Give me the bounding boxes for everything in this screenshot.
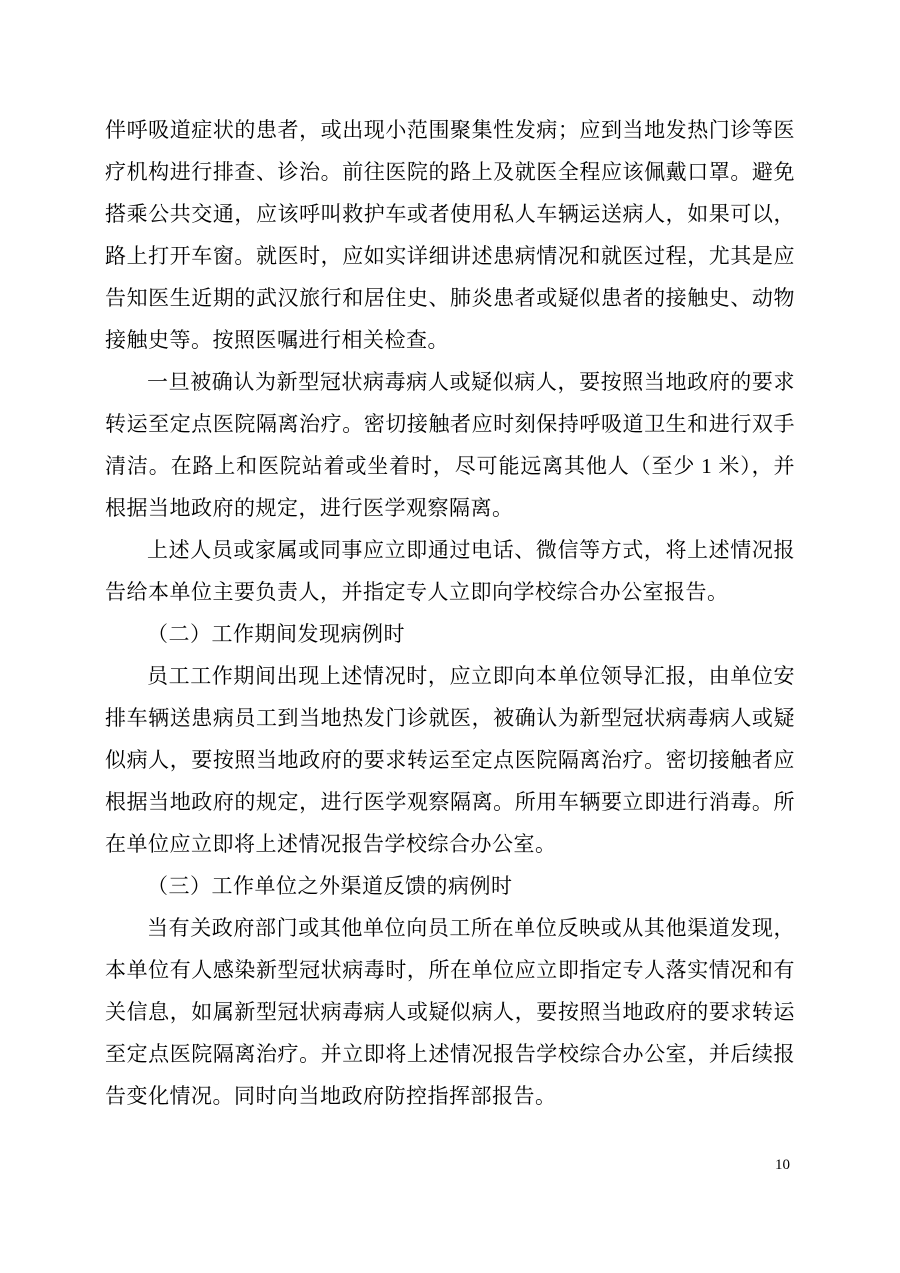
section-heading: （三）工作单位之外渠道反馈的病例时 xyxy=(105,865,795,907)
paragraph: 当有关政府部门或其他单位向员工所在单位反映或从其他渠道发现，本单位有人感染新型冠… xyxy=(105,907,795,1117)
paragraph: 伴呼吸道症状的患者，或出现小范围聚集性发病；应到当地发热门诊等医疗机构进行排查、… xyxy=(105,109,795,361)
document-page: 伴呼吸道症状的患者，或出现小范围聚集性发病；应到当地发热门诊等医疗机构进行排查、… xyxy=(0,0,900,1273)
page-number: 10 xyxy=(775,1155,790,1175)
paragraph: 上述人员或家属或同事应立即通过电话、微信等方式，将上述情况报告给本单位主要负责人… xyxy=(105,529,795,613)
paragraph: 一旦被确认为新型冠状病毒病人或疑似病人，要按照当地政府的要求转运至定点医院隔离治… xyxy=(105,361,795,529)
paragraph: 员工工作期间出现上述情况时，应立即向本单位领导汇报，由单位安排车辆送患病员工到当… xyxy=(105,655,795,865)
section-heading: （二）工作期间发现病例时 xyxy=(105,613,795,655)
document-text-block: 伴呼吸道症状的患者，或出现小范围聚集性发病；应到当地发热门诊等医疗机构进行排查、… xyxy=(105,109,795,1117)
